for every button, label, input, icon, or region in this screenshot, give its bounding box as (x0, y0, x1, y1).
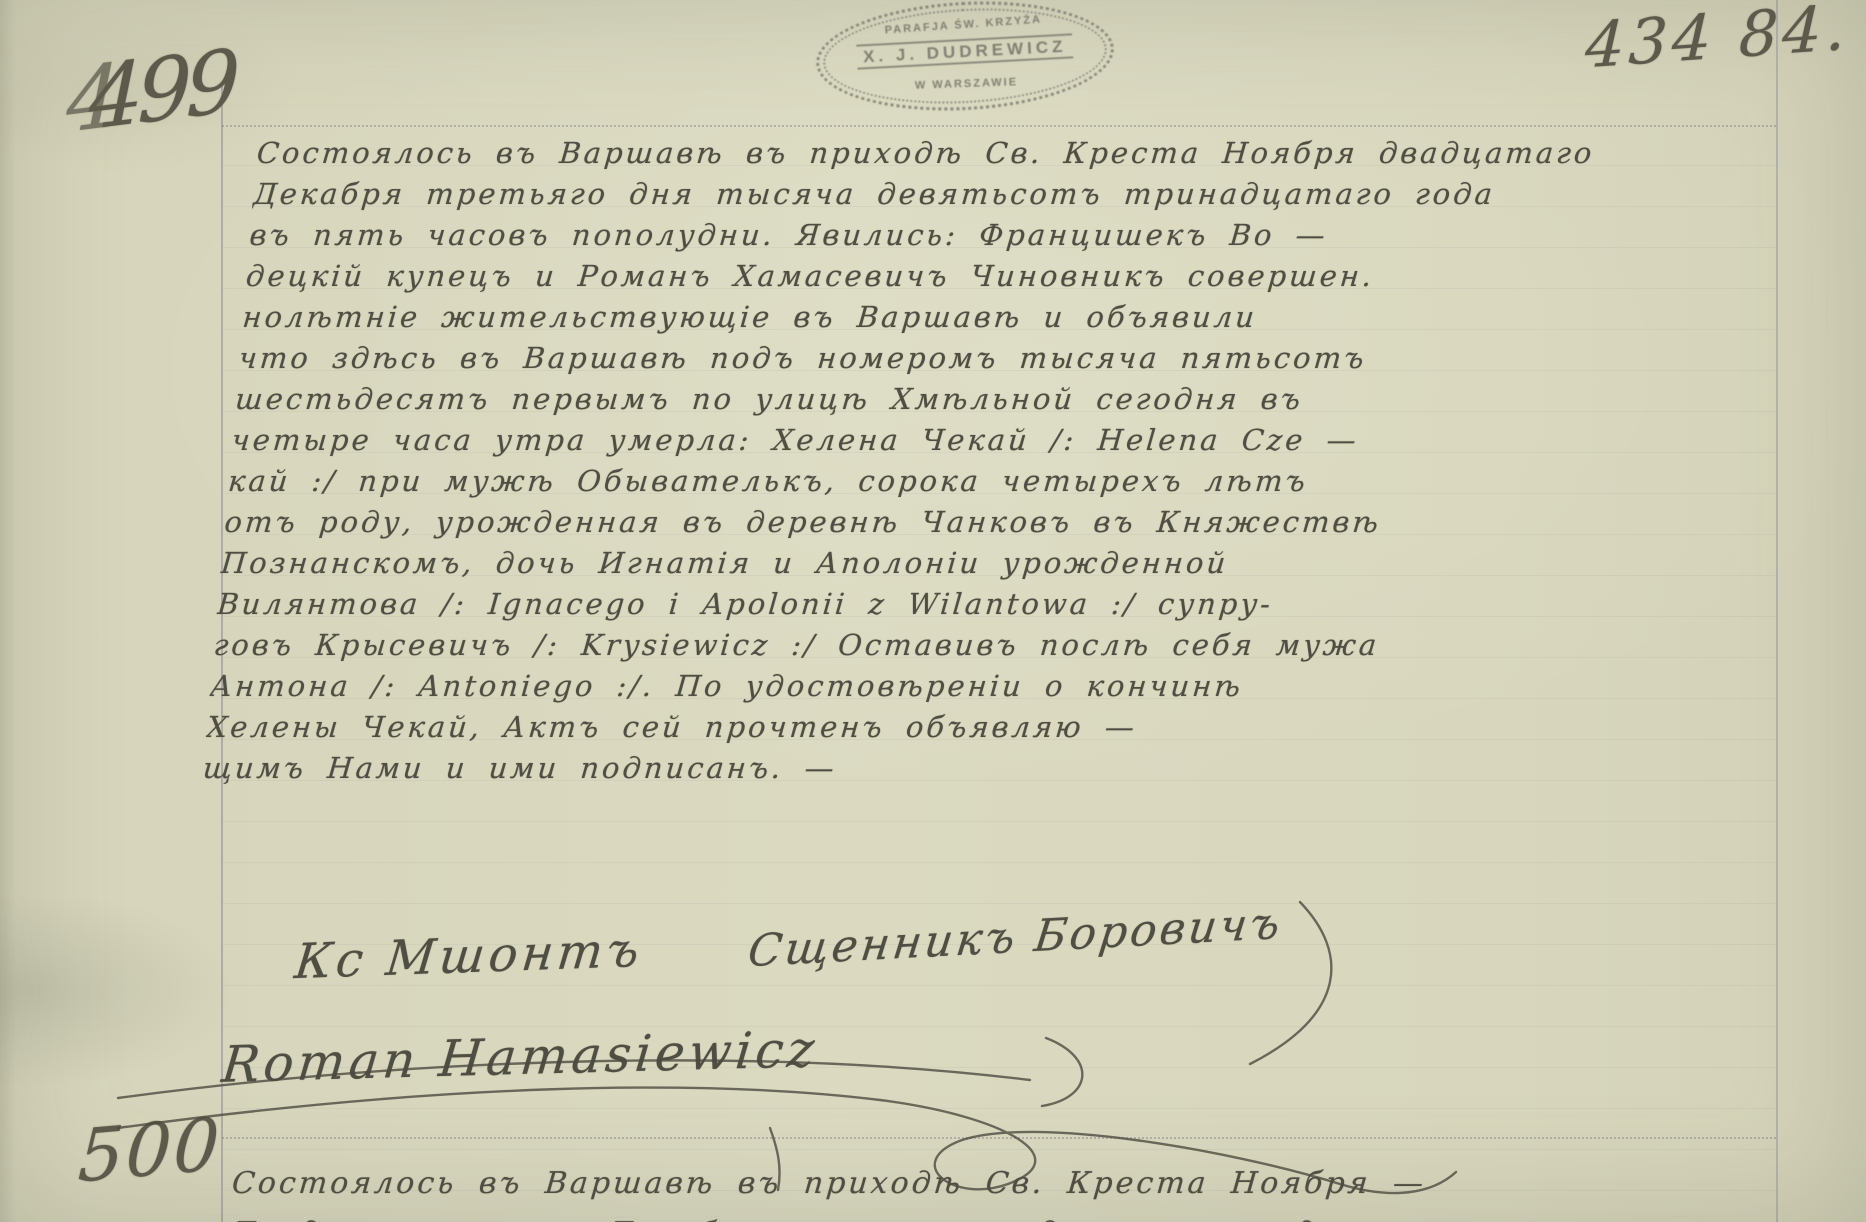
overwritten-digit: 4 (66, 46, 116, 153)
handwritten-line: четыре часа утра умерла: Хелена Чекай /:… (230, 420, 1780, 461)
handwritten-line: щимъ Нами и ими подписанъ. — (201, 748, 1751, 789)
scan-page: { "page": { "paper_color": "#d8d7bd", "i… (0, 0, 1866, 1222)
handwritten-line: кай :/ при мужѣ Обывателькъ, сорока четы… (226, 461, 1776, 502)
handwritten-line: Декабря третьяго дня тысяча девятьсотъ т… (252, 174, 1802, 215)
archive-number: 434 84. (1584, 0, 1851, 82)
handwritten-line: Познанскомъ, дочь Игнатія и Аполоніи уро… (219, 543, 1769, 584)
handwritten-line: Хелены Чекай, Актъ сей прочтенъ объявляю… (205, 707, 1755, 748)
handwritten-line: что здѣсь въ Варшавѣ подъ номеромъ тысяч… (237, 338, 1787, 379)
record-separator-line (222, 1137, 1776, 1139)
top-ruled-line (222, 125, 1776, 127)
record-499: Состоялось въ Варшавѣ въ приходѣ Св. Кре… (201, 133, 1804, 789)
handwritten-line: децкій купецъ и Романъ Хамасевичъ Чиновн… (244, 256, 1794, 297)
parish-stamp: PARAFJA ŚW. KRZYŻA X. J. DUDREWICZ W WAR… (813, 0, 1116, 118)
record-500-partial-line: Двадцать перваго Декабря четвертаго дня … (232, 1212, 1773, 1222)
record-number-500: 500 (76, 1101, 223, 1198)
handwritten-line: Антона /: Antoniego :/. По удостовѣреніи… (208, 666, 1758, 707)
record-number-499: 4499 (66, 31, 235, 153)
handwritten-line: въ пять часовъ пополудни. Явились: Франц… (248, 215, 1798, 256)
handwritten-line: отъ роду, урожденная въ деревнѣ Чанковъ … (223, 502, 1773, 543)
handwritten-line: говъ Крысевичъ /: Krysiewicz :/ Оставивъ… (212, 625, 1762, 666)
record-500-line-1: Состоялось въ Варшавѣ въ приходѣ Св. Кре… (230, 1162, 1428, 1206)
handwritten-line: шестьдесятъ первымъ по улицѣ Хмѣльной се… (234, 379, 1784, 420)
handwritten-line: нолѣтніе жительствующіе въ Варшавѣ и объ… (241, 297, 1791, 338)
handwritten-line: Вилянтова /: Ignacego i Apolonii z Wilan… (216, 584, 1766, 625)
handwritten-line: Состоялось въ Варшавѣ въ приходѣ Св. Кре… (255, 133, 1805, 174)
